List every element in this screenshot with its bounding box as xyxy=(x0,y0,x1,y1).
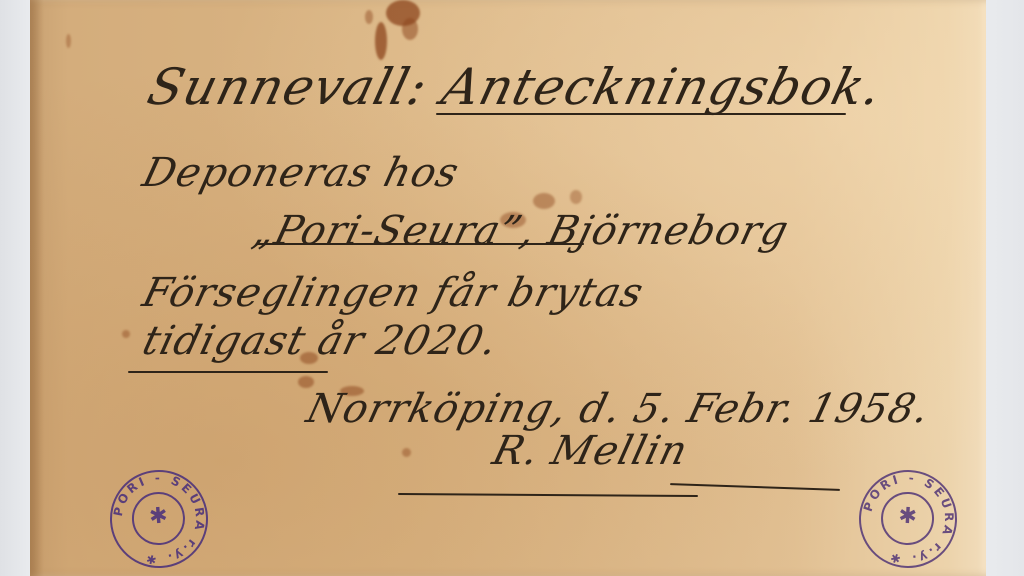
pori-seura-stamp-left: PORI - SEURA r.y. ✱ ✱ xyxy=(107,467,212,572)
institution-line: „Pori-Seura”, Björneborg xyxy=(248,208,794,254)
pori-seura-stamp-right: PORI - SEURA r.y. ✱ ✱ xyxy=(857,468,960,571)
stain-middle-3 xyxy=(570,190,582,204)
stain-lower-5 xyxy=(402,448,411,457)
stain-left-edge xyxy=(66,34,71,48)
stain-lower-4 xyxy=(122,330,130,338)
stain-top-3 xyxy=(402,18,418,40)
institution-underline xyxy=(256,243,584,245)
stain-top-4 xyxy=(365,10,373,24)
date-limit-line: tidigast år 2020. xyxy=(138,318,503,364)
signature-flourish-tail xyxy=(670,483,840,491)
photo-scene: Sunnevall: Anteckningsbok. Deponeras hos… xyxy=(0,0,1024,576)
title-name: Sunnevall: xyxy=(142,58,434,116)
title-subject: Anteckningsbok. xyxy=(436,58,888,116)
stain-top-2 xyxy=(375,22,387,60)
seal-line: Förseglingen får brytas xyxy=(138,270,648,316)
deposit-line: Deponeras hos xyxy=(138,150,464,196)
stain-middle-2 xyxy=(533,193,555,209)
asterisk-icon: ✱ xyxy=(860,500,954,535)
signature-flourish xyxy=(398,493,698,497)
place-date-line: Norrköping, d. 5. Febr. 1958. xyxy=(302,386,935,432)
stain-lower-2 xyxy=(298,376,314,388)
parcel-paper: Sunnevall: Anteckningsbok. Deponeras hos… xyxy=(30,0,986,576)
title-underline xyxy=(436,113,846,115)
title-line: Sunnevall: Anteckningsbok. xyxy=(142,58,888,116)
date-limit-underline xyxy=(128,371,328,373)
signature: R. Mellin xyxy=(488,428,693,474)
